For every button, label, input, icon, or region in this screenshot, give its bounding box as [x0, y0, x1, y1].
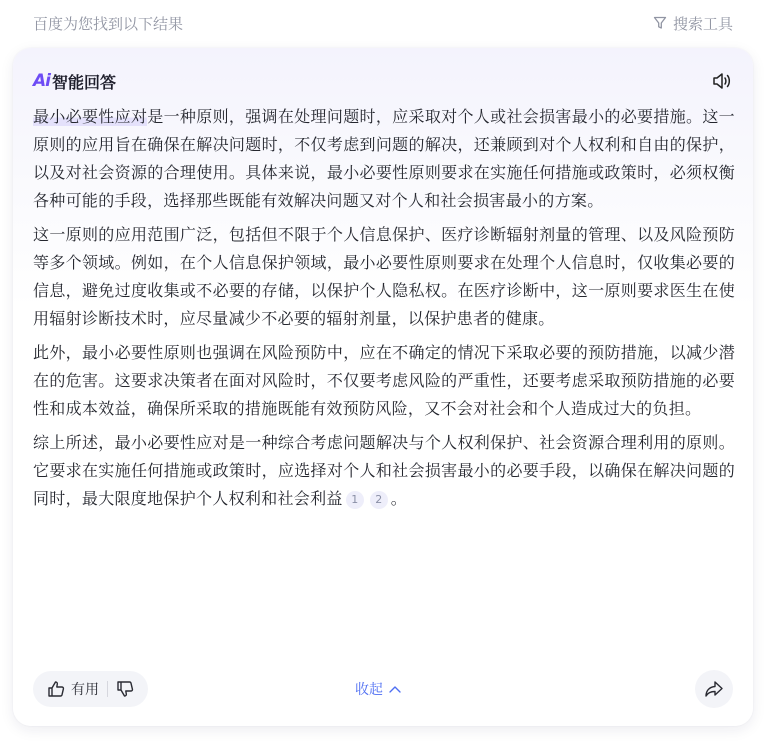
answer-paragraph-3: 此外，最小必要性原则也强调在风险预防中，应在不确定的情况下采取必要的预防措施，以… [33, 339, 735, 423]
card-footer: 有用 收起 [33, 670, 733, 708]
answer-content: 最小必要性应对是一种原则，强调在处理问题时，应采取对个人或社会损害最小的必要措施… [33, 103, 735, 519]
search-tools-label: 搜索工具 [673, 13, 733, 34]
search-tools-button[interactable]: 搜索工具 [653, 13, 733, 34]
dislike-button[interactable] [116, 680, 134, 698]
answer-paragraph-1: 最小必要性应对是一种原则，强调在处理问题时，应采取对个人或社会损害最小的必要措施… [33, 103, 735, 215]
ai-brand: Ai 智能回答 [33, 70, 116, 93]
final-punctuation: 。 [391, 489, 407, 508]
card-title: 智能回答 [52, 70, 116, 93]
share-icon [704, 680, 724, 698]
share-button[interactable] [695, 670, 733, 708]
citation-badge-1[interactable]: 1 [346, 491, 364, 509]
collapse-button[interactable]: 收起 [355, 679, 401, 699]
filter-icon [653, 16, 667, 30]
card-header: Ai 智能回答 [33, 68, 733, 94]
ai-logo-icon: Ai [33, 71, 50, 91]
answer-paragraph-4: 综上所述，最小必要性应对是一种综合考虑问题解决与个人权利保护、社会资源合理利用的… [33, 429, 735, 513]
results-topbar: 百度为您找到以下结果 搜索工具 [33, 10, 733, 36]
ai-answer-card: Ai 智能回答 最小必要性应对是一种原则，强调在处理问题时，应采取对个人或社会损… [13, 48, 753, 726]
answer-paragraph-2: 这一原则的应用范围广泛，包括但不限于个人信息保护、医疗诊断辐射剂量的管理、以及风… [33, 221, 735, 333]
results-hint: 百度为您找到以下结果 [33, 13, 183, 34]
collapse-label: 收起 [355, 679, 383, 699]
like-button[interactable]: 有用 [47, 679, 99, 699]
citation-badge-2[interactable]: 2 [370, 491, 388, 509]
speaker-icon [712, 72, 732, 90]
feedback-group: 有用 [33, 671, 148, 707]
highlighted-term-link[interactable]: 最小必要性应对 [33, 107, 147, 126]
read-aloud-button[interactable] [711, 70, 733, 92]
chevron-up-icon [389, 685, 401, 693]
thumbs-down-icon [116, 680, 134, 698]
divider [107, 681, 108, 697]
thumbs-up-icon [47, 680, 65, 698]
like-label: 有用 [71, 679, 99, 699]
